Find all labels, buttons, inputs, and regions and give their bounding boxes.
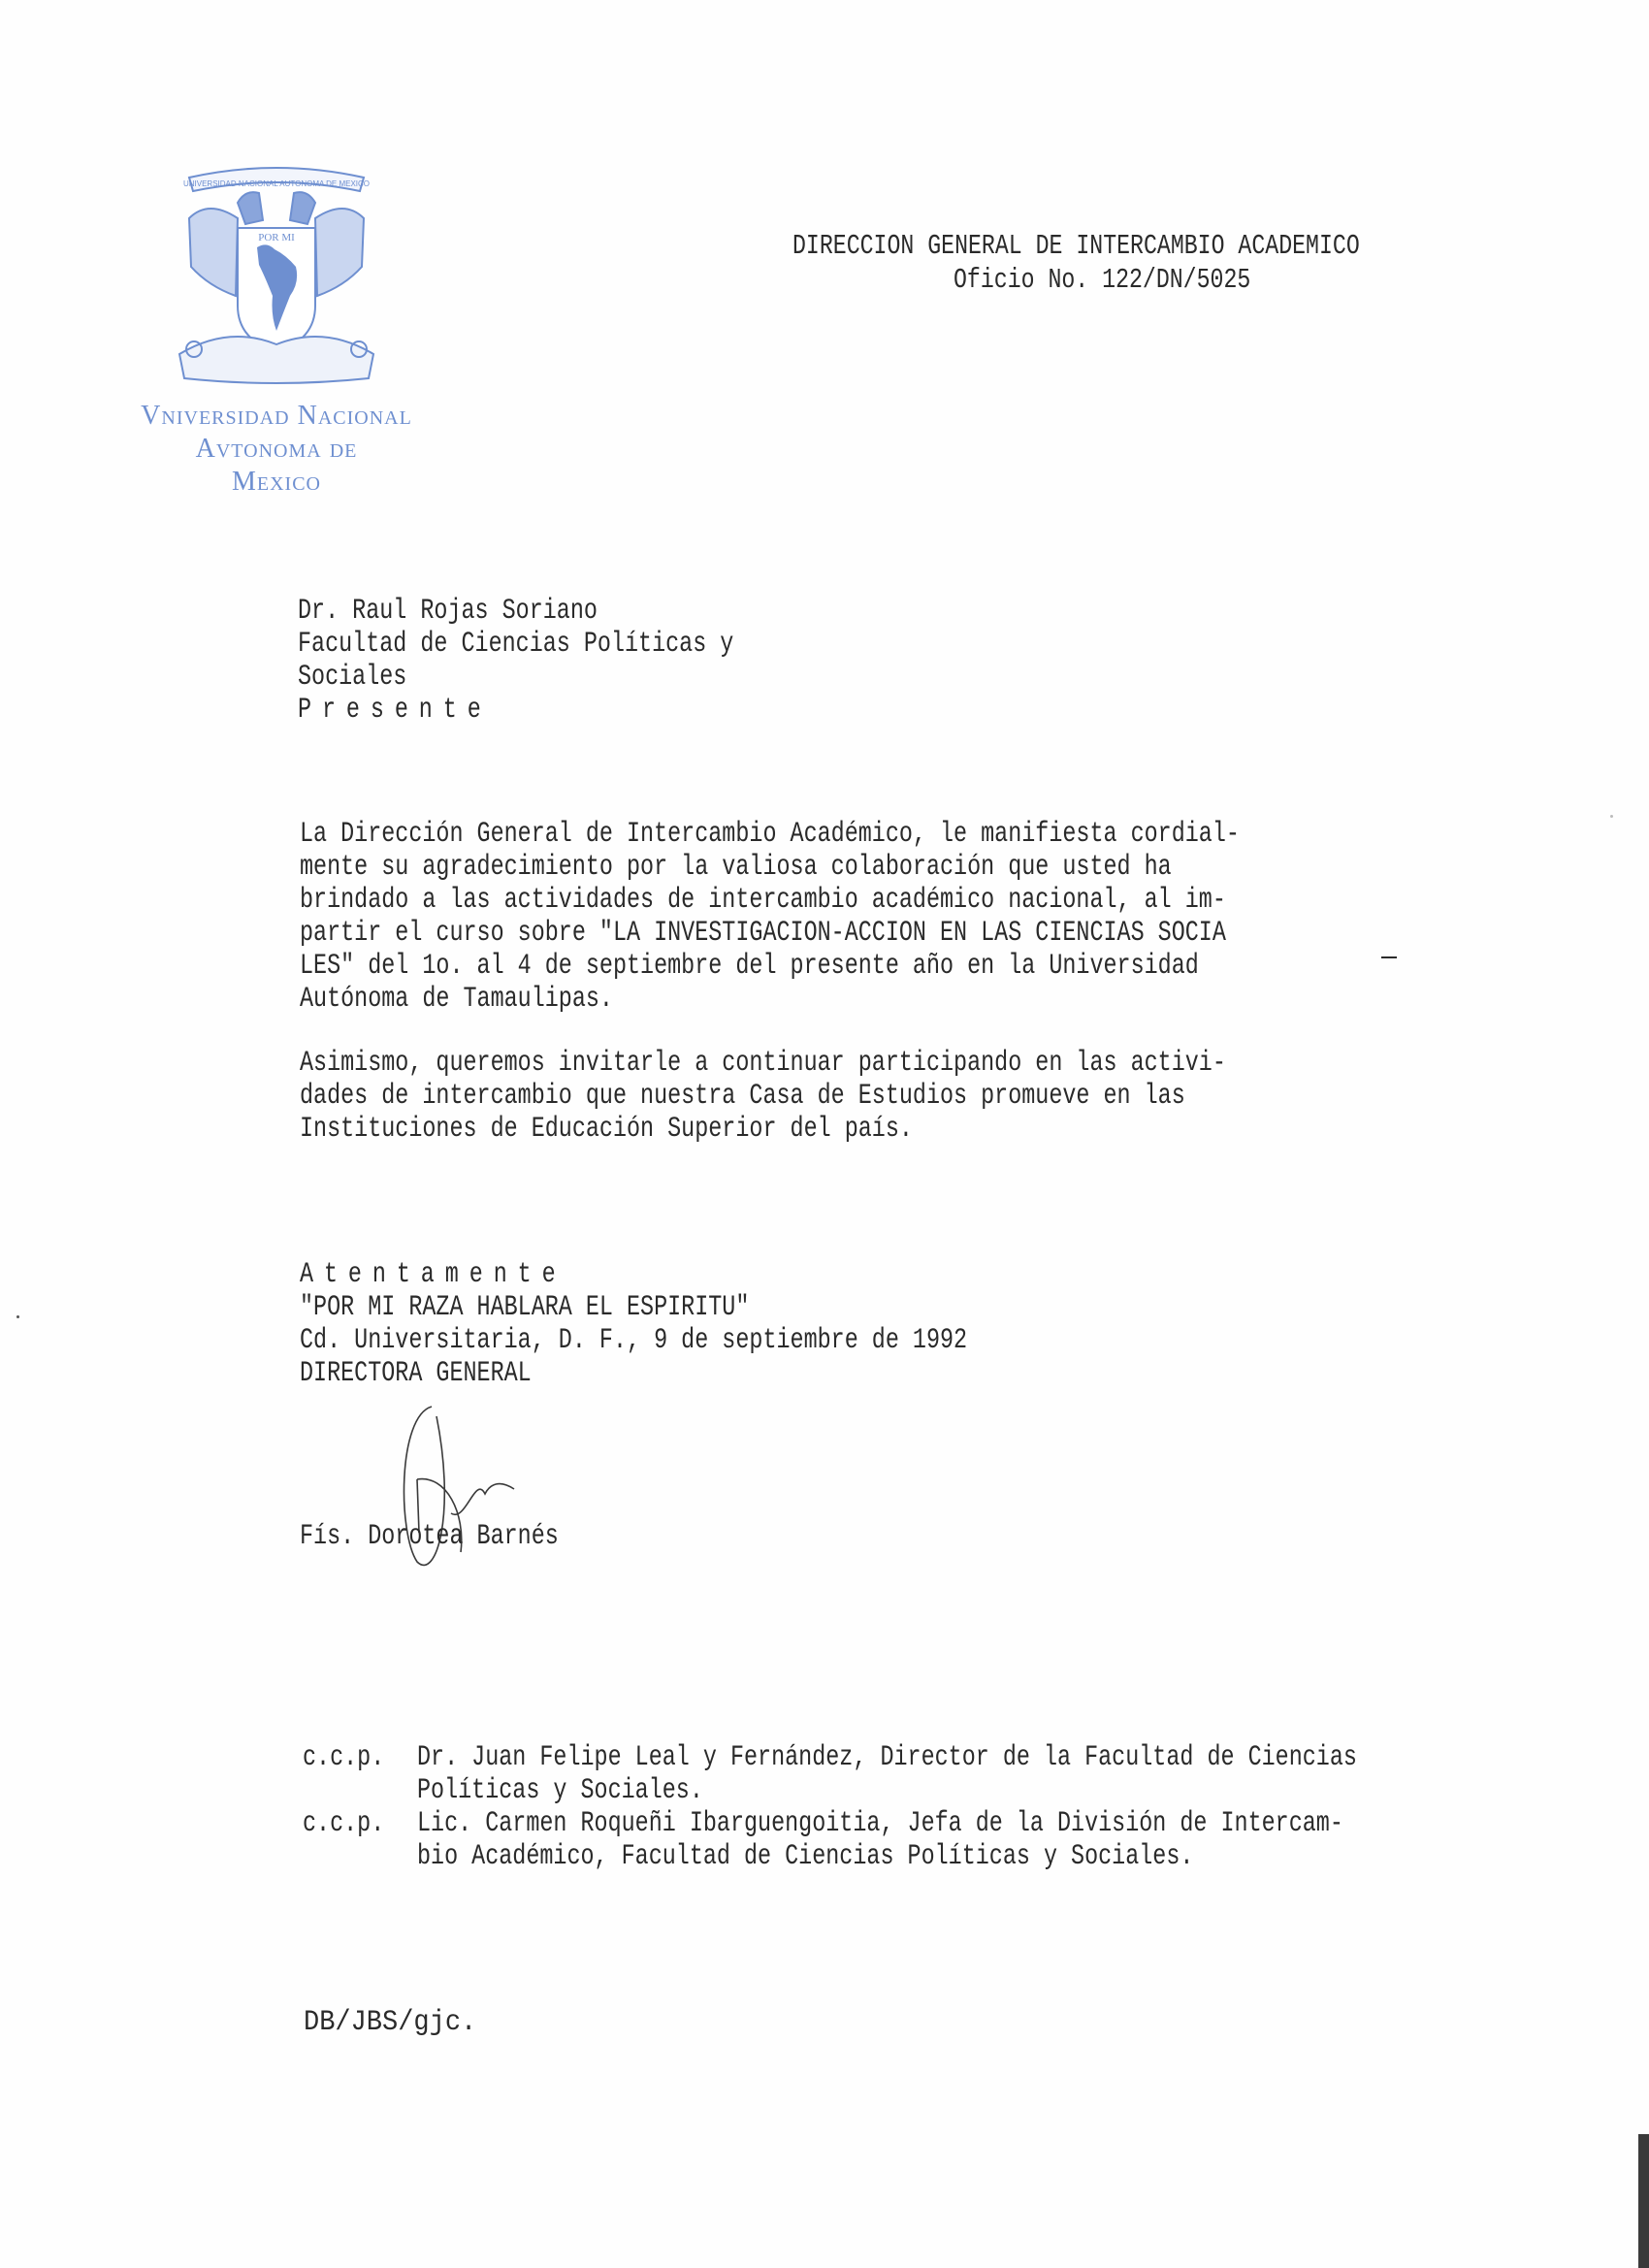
copy-prefix: c.c.p. — [303, 1741, 384, 1774]
copy-recipient: Dr. Juan Felipe Leal y Fernández, Direct… — [417, 1741, 1357, 1774]
body-line: mente su agradecimiento por la valiosa c… — [300, 851, 1172, 884]
university-name-line: Avtonoma de — [116, 433, 436, 466]
copy-prefix: c.c.p. — [303, 1807, 384, 1840]
svg-text:POR MI: POR MI — [258, 232, 295, 243]
place-date: Cd. Universitaria, D. F., 9 de septiembr… — [300, 1324, 967, 1357]
scan-edge — [1638, 2134, 1649, 2268]
closing-motto: "POR MI RAZA HABLARA EL ESPIRITU" — [300, 1291, 749, 1324]
closing-salutation: Atentamente — [300, 1258, 566, 1291]
copy-recipient-cont: Políticas y Sociales. — [417, 1774, 703, 1807]
hyphen-mark — [1381, 956, 1397, 958]
scan-speck — [16, 1315, 19, 1318]
signatory-title: DIRECTORA GENERAL — [300, 1357, 532, 1390]
body-line: LES" del 1o. al 4 de septiembre del pres… — [300, 950, 1199, 983]
reference-number: Oficio No. 122/DN/5025 — [954, 264, 1250, 297]
body-line: Asimismo, queremos invitarle a continuar… — [300, 1047, 1226, 1080]
recipient-institution-cont: Sociales — [298, 661, 406, 694]
presente-label: Presente — [298, 694, 492, 727]
university-name-line: Vniversidad Nacional — [116, 400, 436, 433]
university-name: Vniversidad Nacional Avtonoma de Mexico — [116, 400, 436, 499]
copy-recipient-cont: bio Académico, Facultad de Ciencias Polí… — [417, 1840, 1193, 1873]
department-heading: DIRECCION GENERAL DE INTERCAMBIO ACADEMI… — [792, 230, 1360, 263]
recipient-name: Dr. Raul Rojas Soriano — [298, 595, 598, 628]
signatory-name: Fís. Dorotea Barnés — [300, 1520, 559, 1553]
typist-initials: DB/JBS/gjc. — [304, 2006, 476, 2039]
body-line: Instituciones de Educación Superior del … — [300, 1113, 913, 1146]
body-line: brindado a las actividades de intercambi… — [300, 884, 1226, 917]
body-line: Autónoma de Tamaulipas. — [300, 983, 613, 1016]
letter-page: POR MI UNIVERSIDAD NACIONAL AUTONOMA DE … — [0, 0, 1649, 2268]
body-line: dades de intercambio que nuestra Casa de… — [300, 1080, 1185, 1113]
svg-text:UNIVERSIDAD NACIONAL AUTONOMA: UNIVERSIDAD NACIONAL AUTONOMA DE MEXICO — [183, 179, 370, 188]
recipient-institution: Facultad de Ciencias Políticas y — [298, 628, 733, 661]
scan-speck — [1610, 815, 1613, 818]
copy-recipient: Lic. Carmen Roqueñi Ibarguengoitia, Jefa… — [417, 1807, 1343, 1840]
body-line: partir el curso sobre "LA INVESTIGACION-… — [300, 917, 1226, 950]
university-name-line: Mexico — [116, 466, 436, 499]
unam-seal-icon: POR MI UNIVERSIDAD NACIONAL AUTONOMA DE … — [170, 160, 383, 393]
body-line: La Dirección General de Intercambio Acad… — [300, 818, 1240, 851]
